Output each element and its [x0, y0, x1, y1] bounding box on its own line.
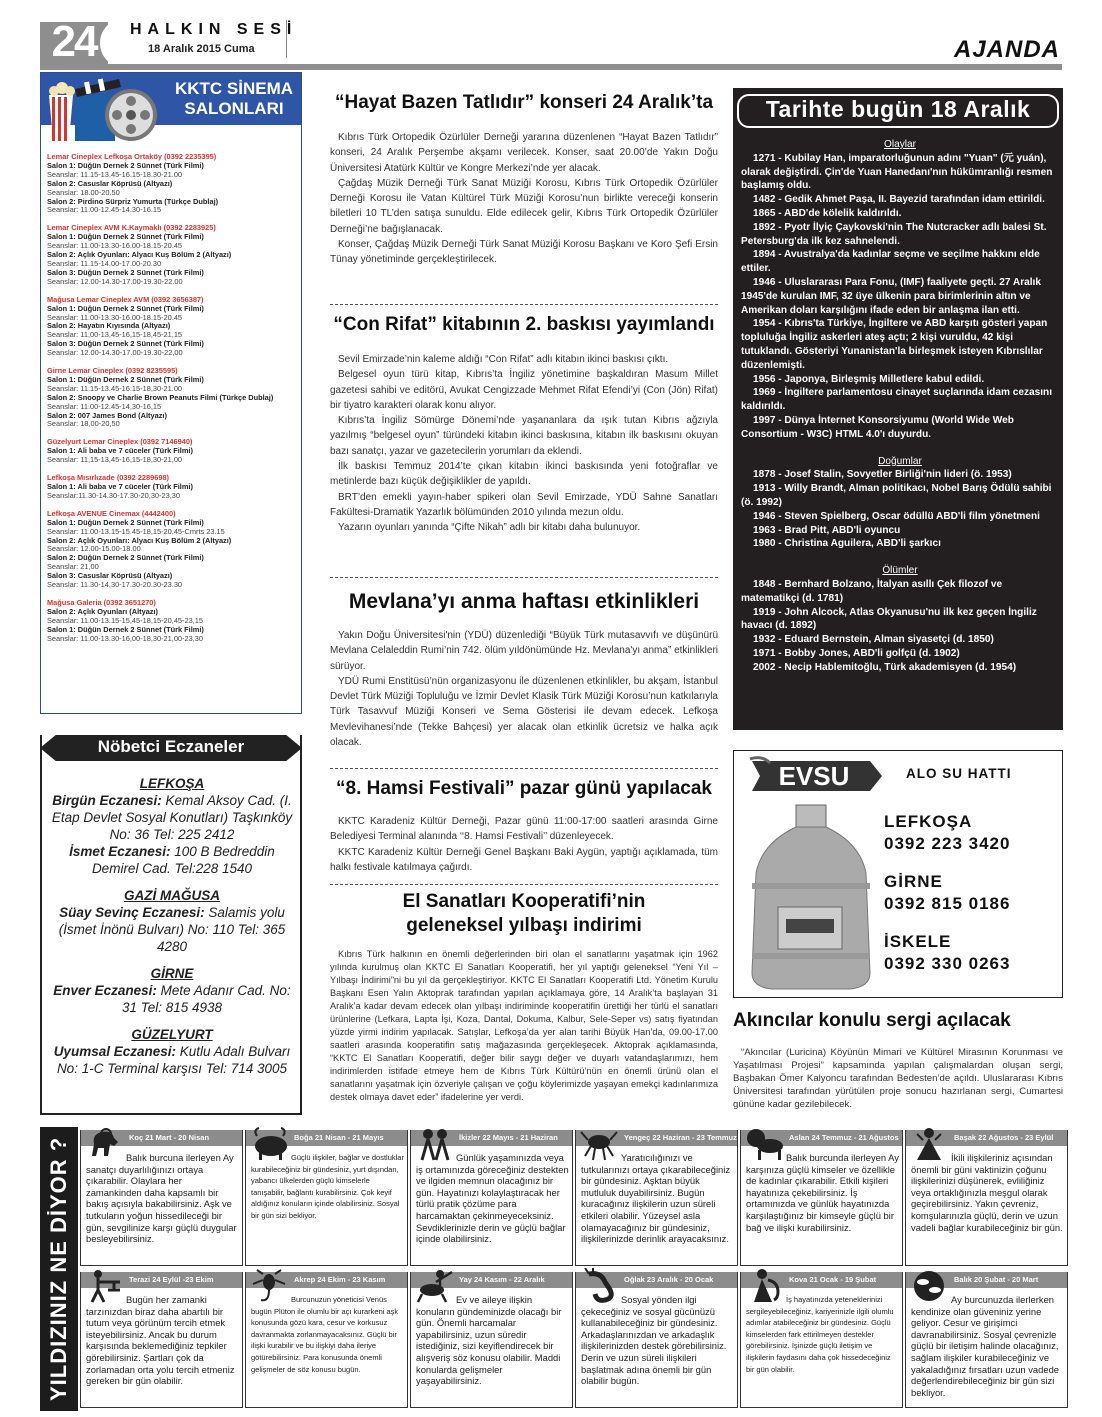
article-body: Sevil Emirzade’nin kaleme aldığı “Con Ri… [330, 352, 718, 536]
cinema-venue: Lemar Cineplex Lefkoşa Ortaköy (0392 223… [47, 153, 299, 215]
horoscope-card-aquarius: Kova 21 Ocak - 19 Şubat İş hayatınızda y… [740, 1272, 903, 1408]
history-item: 1946 - Steven Spielberg, Oscar ödüllü AB… [741, 510, 1059, 524]
zodiac-text-content: Bugün her zamanki tarzınızdan biraz daha… [86, 1294, 235, 1386]
history-item: 1954 - Kıbrıs'ta Türkiye, İngiltere ve A… [741, 317, 1059, 372]
zodiac-text-content: Güçlü ilişkiler, bağlar ve dostluklar ku… [251, 1153, 404, 1220]
zodiac-text: Sosyal yönden ilgi çekeceğiniz ve sosyal… [581, 1294, 735, 1387]
article-body: Yakın Doğu Üniversitesi'nin (YDÜ) düzenl… [330, 628, 718, 750]
showtimes: Seanslar: 11,15-13,45-16,15-18,30-21,00 [47, 456, 299, 465]
cinema-venue: Lemar Cineplex AVM K.Kaymaklı (0392 2283… [47, 224, 299, 286]
horoscope-side-banner: YILDIZINIZ NE DİYOR ? [40, 1127, 78, 1411]
history-item: 1980 - Christina Aguilera, ABD'li şarkıc… [741, 537, 1059, 551]
article-paragraph: Konser, Çağdaş Müzik Derneği Türk Sanat … [330, 237, 718, 268]
pharmacy-name: Enver Eczanesi: [53, 983, 157, 998]
horoscope-card-sagittarius: Yay 24 Kasım - 22 Aralık Ev ve aileye il… [410, 1272, 573, 1408]
article-divider [330, 768, 718, 769]
article-paragraph: İlk baskısı Temmuz 2014’te çıkan kitabın… [330, 459, 718, 490]
pharmacy-name: Süay Sevinç Eczanesi: [59, 905, 205, 920]
history-item: 1997 - Dünya İnternet Konsorsiyumu (Worl… [741, 414, 1059, 442]
pharmacy-city: GİRNE [46, 965, 298, 982]
zodiac-text: Güçlü ilişkiler, bağlar ve dostluklar ku… [251, 1152, 405, 1222]
zodiac-text-content: Balık burcuna ilerleyen Ay sanatçı duyar… [86, 1152, 237, 1244]
ad-phone-number: 0392 223 3420 [884, 833, 1010, 855]
article-paragraph: Yakın Doğu Üniversitesi'nin (YDÜ) düzenl… [330, 628, 718, 674]
ad-slogan: ALO SU HATTI [906, 766, 1012, 781]
zodiac-text: Günlük yaşamınızda veya iş ortamınızda g… [416, 1152, 570, 1245]
pharmacy-city: GÜZELYURT [46, 1026, 298, 1043]
water-bottle-icon [742, 803, 880, 991]
article-paragraph: Kıbrıs Türk Ortopedik Özürlüler Derneği … [330, 130, 718, 176]
zodiac-text-content: Günlük yaşamınızda veya iş ortamınızda g… [416, 1152, 569, 1244]
article-hamsi-festivali: “8. Hamsi Festivali” pazar günü yapılaca… [330, 778, 718, 875]
cinema-list: Lemar Cineplex Lefkoşa Ortaköy (0392 223… [47, 153, 299, 653]
zodiac-text-content: Burcunuzun yöneticisi Venüs bugün Plüton… [251, 1295, 398, 1374]
article-divider [330, 577, 718, 578]
article-paragraph: Sevil Emirzade’nin kaleme aldığı “Con Ri… [330, 352, 718, 367]
ad-phone-number: 0392 815 0186 [884, 893, 1010, 915]
article-body: Kıbrıs Türk Ortopedik Özürlüler Derneği … [330, 130, 718, 268]
pharmacy-entry: İsmet Eczanesi: 100 B Bedreddin Demirel … [46, 843, 298, 877]
horoscope-card-virgo: Başak 22 Ağustos - 23 Eylül İkili ilişki… [905, 1130, 1068, 1266]
article-paragraph: BRT’den emekli yayın-haber spikeri olan … [330, 490, 718, 521]
article-title: Mevlana’yı anma haftası etkinlikleri [330, 590, 718, 614]
horoscope-card-leo: Aslan 24 Temmuz - 21 Ağustos Balık burcu… [740, 1130, 903, 1266]
cinema-venue: Güzelyurt Lemar Cineplex (0392 7146940) … [47, 438, 299, 465]
cinema-title-line1: KKTC SİNEMA [169, 79, 299, 99]
article-paragraph: “Akıncılar (Luricina) Köyünün Mimari ve … [733, 1046, 1063, 1111]
zodiac-text: Balık burcunda ilerleyen Ay karşınıza gü… [746, 1152, 900, 1233]
article-paragraph: KKTC Karadeniz Kültür Derneği Genel Başk… [330, 845, 718, 876]
pharmacy-name: Uyumsal Eczanesi: [54, 1044, 176, 1059]
article-title: “Con Rifat” kitabının 2. baskısı yayımla… [330, 314, 718, 336]
article-paragraph: Yazarın oyunları yanında “Çifte Nikah” a… [330, 520, 718, 535]
newspaper-name: HALKIN SESİ [130, 21, 297, 39]
pharmacy-entry: Süay Sevinç Eczanesi: Salamis yolu (İsme… [46, 904, 298, 955]
zodiac-text: Burcunuzun yöneticisi Venüs bugün Plüton… [251, 1294, 405, 1375]
article-akincilar: Akıncılar konulu sergi açılacak “Akıncıl… [733, 1010, 1063, 1111]
article-title: “Hayat Bazen Tatlıdır” konseri 24 Aralık… [330, 92, 718, 114]
article-paragraph: Belgesel oyun türü kitap, Kıbrıs’ta İngi… [330, 367, 718, 413]
ad-city: GİRNE [884, 871, 1010, 893]
showtimes: Seanslar: 18,00-20,50 [47, 420, 299, 429]
article-con-rifat: “Con Rifat” kitabının 2. baskısı yayımla… [330, 314, 718, 536]
page-number: 24 [40, 18, 108, 66]
pharmacy-title: Nöbetci Eczaneler [42, 737, 300, 757]
article-paragraph: YDÜ Rumi Enstitüsü’nün organizasyonu ile… [330, 674, 718, 750]
zodiac-text: Yaratıcılığınızı ve tutkularınızı ortaya… [581, 1152, 735, 1245]
masthead-divider [286, 20, 287, 58]
history-item: 1878 - Josef Stalin, Sovyetler Birliği'n… [741, 468, 1059, 482]
showtimes: Seanslar: 12.00-14.30-17.00-19.30-22.00 [47, 278, 299, 287]
history-item: 1894 - Avustralya'da kadınlar seçme ve s… [741, 248, 1059, 276]
history-item: 1865 - ABD'de kölelik kaldırıldı. [741, 207, 1059, 221]
article-body: KKTC Karadeniz Kültür Derneği, Pazar gün… [330, 814, 718, 875]
article-divider [330, 884, 718, 885]
pharmacy-entry: Birgün Eczanesi: Kemal Aksoy Cad. (I. Et… [46, 792, 298, 843]
article-el-sanatlari: El Sanatları Kooperatifi’nin geleneksel … [330, 890, 718, 1104]
ad-city: LEFKOŞA [884, 811, 1010, 833]
cinema-listings-box: KKTC SİNEMA SALONLARI Lemar Cineplex Lef… [40, 72, 302, 714]
article-divider [330, 304, 718, 305]
showtimes: Seanslar: 12.00-14.30-17.00-19.30-22,00 [47, 349, 299, 358]
history-item: 1932 - Eduard Bernstein, Alman siyasetçi… [741, 633, 1059, 647]
zodiac-text-content: Sosyal yönden ilgi çekeceğiniz ve sosyal… [581, 1294, 726, 1386]
zodiac-text-content: İkili ilişkileriniz açısından önemli bir… [911, 1152, 1063, 1233]
history-heading-births: Doğumlar [741, 455, 1059, 469]
history-heading-events: Olaylar [741, 138, 1059, 152]
horoscope-card-gemini: İkizler 22 Mayıs - 21 Haziran Günlük yaş… [410, 1130, 573, 1266]
zodiac-text: Ay burcunuzda ilerlerken kendinize olan … [911, 1294, 1065, 1398]
horoscope-card-pisces: Balık 20 Şubat - 20 Mart Ay burcunuzda i… [905, 1272, 1068, 1408]
history-item: 1848 - Bernhard Bolzano, İtalyan asıllı … [741, 578, 1059, 606]
ad-city: İSKELE [884, 931, 1010, 953]
article-title: Akıncılar konulu sergi açılacak [733, 1010, 1063, 1032]
history-heading-deaths: Ölümler [741, 564, 1059, 578]
showtimes: Seanslar: 11.30-14,30-17.30-20.30-23.30 [47, 581, 299, 590]
ad-phone-list: LEFKOŞA 0392 223 3420 GİRNE 0392 815 018… [884, 811, 1010, 975]
article-paragraph: KKTC Karadeniz Kültür Derneği, Pazar gün… [330, 814, 718, 845]
zodiac-text-content: Ay burcunuzda ilerlerken kendinize olan … [911, 1294, 1059, 1398]
cinema-venue: Lefkoşa Mısırlızade (0392 2289698) Salon… [47, 474, 299, 501]
history-list: Olaylar 1271 - Kubilay Han, imparatorluğ… [741, 138, 1059, 674]
section-title: AJANDA [954, 36, 1060, 64]
history-item: 2002 - Necip Hablemitoğlu, Türk akademis… [741, 661, 1059, 675]
pharmacy-entry: Enver Eczanesi: Mete Adanır Cad. No: 31 … [46, 982, 298, 1016]
horoscope-card-taurus: Boğa 21 Nisan - 21 Mayıs Güçlü ilişkiler… [245, 1130, 408, 1266]
zodiac-text: Ev ve aileye ilişkin konuların gündemini… [416, 1294, 570, 1387]
pharmacy-name: Birgün Eczanesi: [52, 793, 162, 808]
history-item: 1482 - Gedik Ahmet Paşa, II. Bayezid tar… [741, 193, 1059, 207]
history-item: 1956 - Japonya, Birleşmiş Milletlere kab… [741, 373, 1059, 387]
evsu-logo-icon: EVSU [744, 755, 884, 797]
header-rule [40, 64, 1062, 70]
horoscope-card-scorpio: Akrep 24 Ekim - 23 Kasım Burcunuzun yöne… [245, 1272, 408, 1408]
zodiac-text-content: Ev ve aileye ilişkin konuların gündemini… [416, 1294, 561, 1386]
cinema-venue: Mağusa Galeria (0392 3651270) Salon 2: A… [47, 599, 299, 644]
article-mevlana: Mevlana’yı anma haftası etkinlikleri Yak… [330, 590, 718, 750]
zodiac-text-content: İş hayatınızda yeteneklerinizi sergileye… [746, 1295, 894, 1374]
article-title: “8. Hamsi Festivali” pazar günü yapılaca… [330, 778, 718, 800]
history-item: 1963 - Brad Pitt, ABD'li oyuncu [741, 524, 1059, 538]
history-item: 1271 - Kubilay Han, imparatorluğunun adı… [741, 152, 1059, 193]
horoscope-card-cancer: Yengeç 22 Haziran - 23 Temmuz Yaratıcılı… [575, 1130, 738, 1266]
article-paragraph: Kıbrıs’ta İngiliz Sömürge Dönemi’nde yaş… [330, 413, 718, 459]
history-title: Tarihte bugün 18 Aralık [733, 96, 1063, 123]
cinema-title: KKTC SİNEMA SALONLARI [169, 79, 299, 119]
history-item: 1969 - İngiltere parlamentosu cinayet su… [741, 386, 1059, 414]
article-body: Kıbrıs Türk halkının en önemli değerleri… [330, 948, 718, 1104]
zodiac-text-content: Yaratıcılığınızı ve tutkularınızı ortaya… [581, 1152, 730, 1244]
cinema-venue: Mağusa Lemar Cineplex AVM (0392 3656387)… [47, 296, 299, 358]
pharmacy-box: Nöbetci Eczaneler LEFKOŞA Birgün Eczanes… [40, 735, 302, 1115]
history-item: 1971 - Bobby Jones, ABD'li golfçü (d. 19… [741, 647, 1059, 661]
article-hayat-bazen-tatlidir: “Hayat Bazen Tatlıdır” konseri 24 Aralık… [330, 92, 718, 268]
history-box: Tarihte bugün 18 Aralık Olaylar 1271 - K… [733, 88, 1063, 730]
article-paragraph: Çağdaş Müzik Derneği Türk Sanat Müziği K… [330, 176, 718, 237]
horoscope-card-libra: Terazi 24 Eylül -23 Ekim Bugün her zaman… [80, 1272, 243, 1408]
svg-text:EVSU: EVSU [779, 761, 850, 791]
history-item: 1946 - Uluslararası Para Fonu, (IMF) faa… [741, 276, 1059, 317]
article-paragraph: Kıbrıs Türk halkının en önemli değerleri… [330, 948, 718, 1104]
showtimes: Seanslar: 11.00-13.30-16,00-18,30-21,00-… [47, 635, 299, 644]
pharmacy-name: İsmet Eczanesi: [69, 844, 170, 859]
cinema-title-line2: SALONLARI [169, 99, 299, 119]
showtimes: Seanslar: 11.00-12.45-14.30-16.15 [47, 206, 299, 215]
cinema-venue: Lefkoşa AVENUE Cinemax (4442400) Salon 1… [47, 510, 299, 590]
horoscope-title: YILDIZINIZ NE DİYOR ? [40, 1127, 78, 1411]
zodiac-text: İkili ilişkileriniz açısından önemli bir… [911, 1152, 1065, 1233]
pharmacy-city: GAZİ MAĞUSA [46, 887, 298, 904]
zodiac-text: Bugün her zamanki tarzınızdan biraz daha… [86, 1294, 240, 1387]
history-item: 1913 - Willy Brandt, Alman politikacı, N… [741, 482, 1059, 510]
horoscope-card-aries: Koç 21 Mart - 20 Nisan Balık burcuna ile… [80, 1130, 243, 1266]
showtimes: Seanslar:11.30-14.30-17.30-20,30-23,30 [47, 492, 299, 501]
cinema-venue: Girne Lemar Cineplex (0392 8235595) Salo… [47, 367, 299, 429]
zodiac-text: Balık burcuna ilerleyen Ay sanatçı duyar… [86, 1152, 240, 1245]
article-title: El Sanatları Kooperatifi’nin geleneksel … [394, 890, 654, 938]
pharmacy-entry: Uyumsal Eczanesi: Kutlu Adalı Bulvarı No… [46, 1043, 298, 1077]
popcorn-film-reel-icon [45, 75, 170, 143]
horoscope-card-capricorn: Oğlak 23 Aralık - 20 Ocak Sosyal yönden … [575, 1272, 738, 1408]
zodiac-text: İş hayatınızda yeteneklerinizi sergileye… [746, 1294, 900, 1375]
issue-date: 18 Aralık 2015 Cuma [148, 43, 255, 55]
ad-phone-number: 0392 330 0263 [884, 953, 1010, 975]
zodiac-text-content: Balık burcunda ilerleyen Ay karşınıza gü… [746, 1152, 899, 1233]
evsu-advertisement: EVSU ALO SU HATTI LEFKOŞA 0392 223 3420 … [733, 750, 1063, 998]
history-item: 1919 - John Alcock, Atlas Okyanusu'nu il… [741, 606, 1059, 634]
pharmacy-city: LEFKOŞA [46, 775, 298, 792]
pharmacy-list: LEFKOŞA Birgün Eczanesi: Kemal Aksoy Cad… [46, 775, 298, 1077]
article-body: “Akıncılar (Luricina) Köyünün Mimari ve … [733, 1046, 1063, 1111]
history-item: 1892 - Pyotr İlyiç Çaykovski'nin The Nut… [741, 221, 1059, 249]
